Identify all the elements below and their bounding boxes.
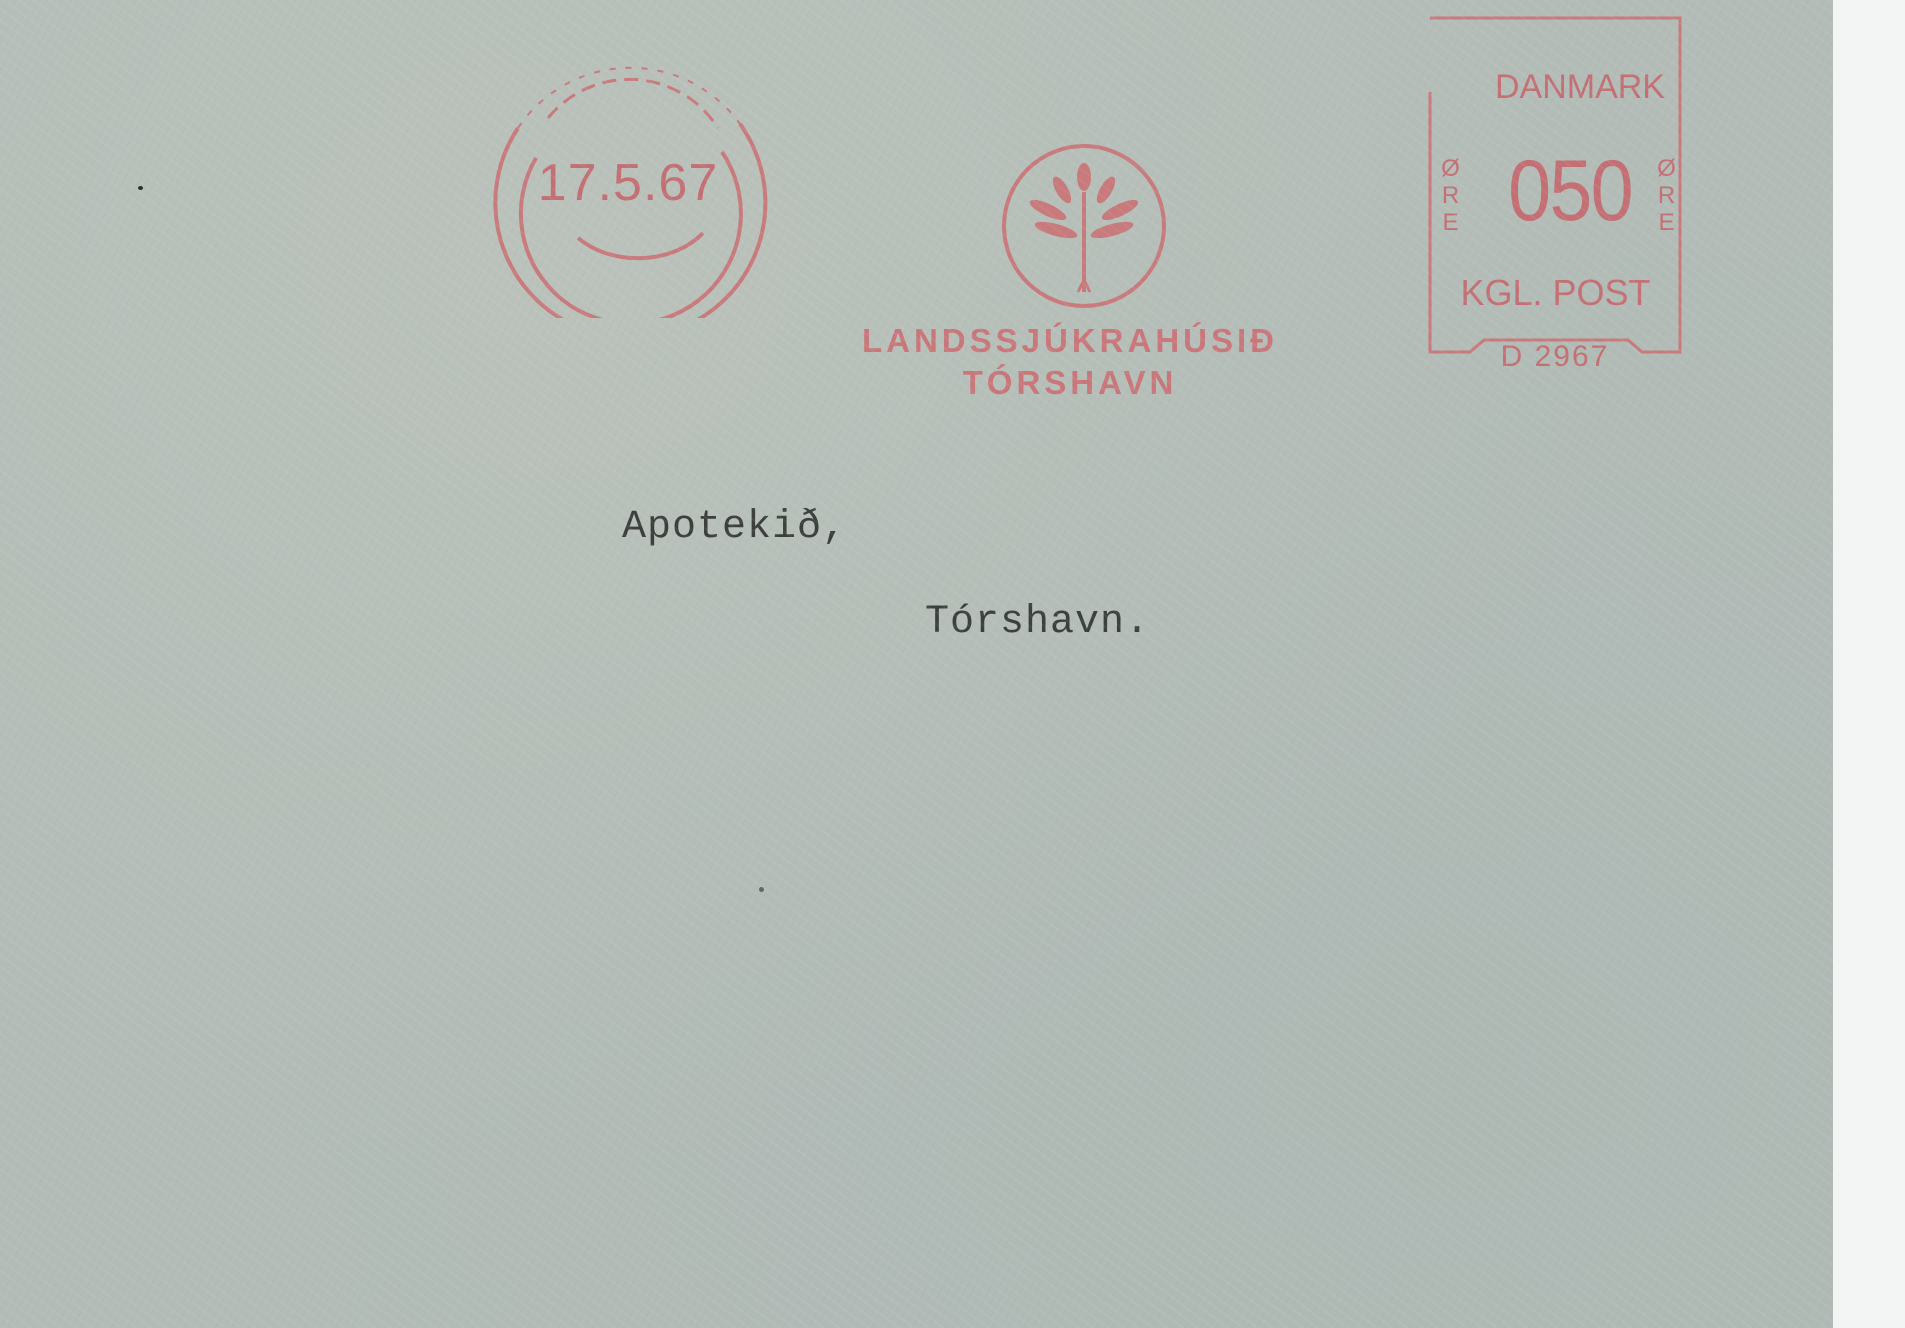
meter-number: D 2967 [1480,340,1630,374]
meter-unit-left-text: ØRE [1437,155,1463,236]
sender-block: LANDSSJÚKRAHÚSIÐ TÓRSHAVN [760,320,1380,404]
postmark-date: 17.5.67 [478,153,778,213]
sender-city: TÓRSHAVN [760,362,1380,404]
paper-speck [138,186,143,190]
meter-value: 050 [1498,142,1642,241]
meter-unit-right: ØRE [1653,155,1679,242]
date-postmark: 17.5.67 [478,38,778,318]
meter-unit-left: ØRE [1437,155,1463,242]
meter-unit-right-text: ØRE [1653,155,1679,236]
paper-speck [759,887,764,892]
envelope: 17.5.67 LANDSSJÚKRAHÚSIÐ TÓRSHAVN DA [0,0,1833,1328]
recipient-city: Tórshavn. [925,600,1150,645]
meter-service: KGL. POST [1438,272,1673,314]
sender-name: LANDSSJÚKRAHÚSIÐ [760,320,1380,362]
tree-in-circle-icon [1000,142,1168,310]
recipient-line: Apotekið, [622,505,847,550]
meter-country: DANMARK [1440,68,1665,107]
